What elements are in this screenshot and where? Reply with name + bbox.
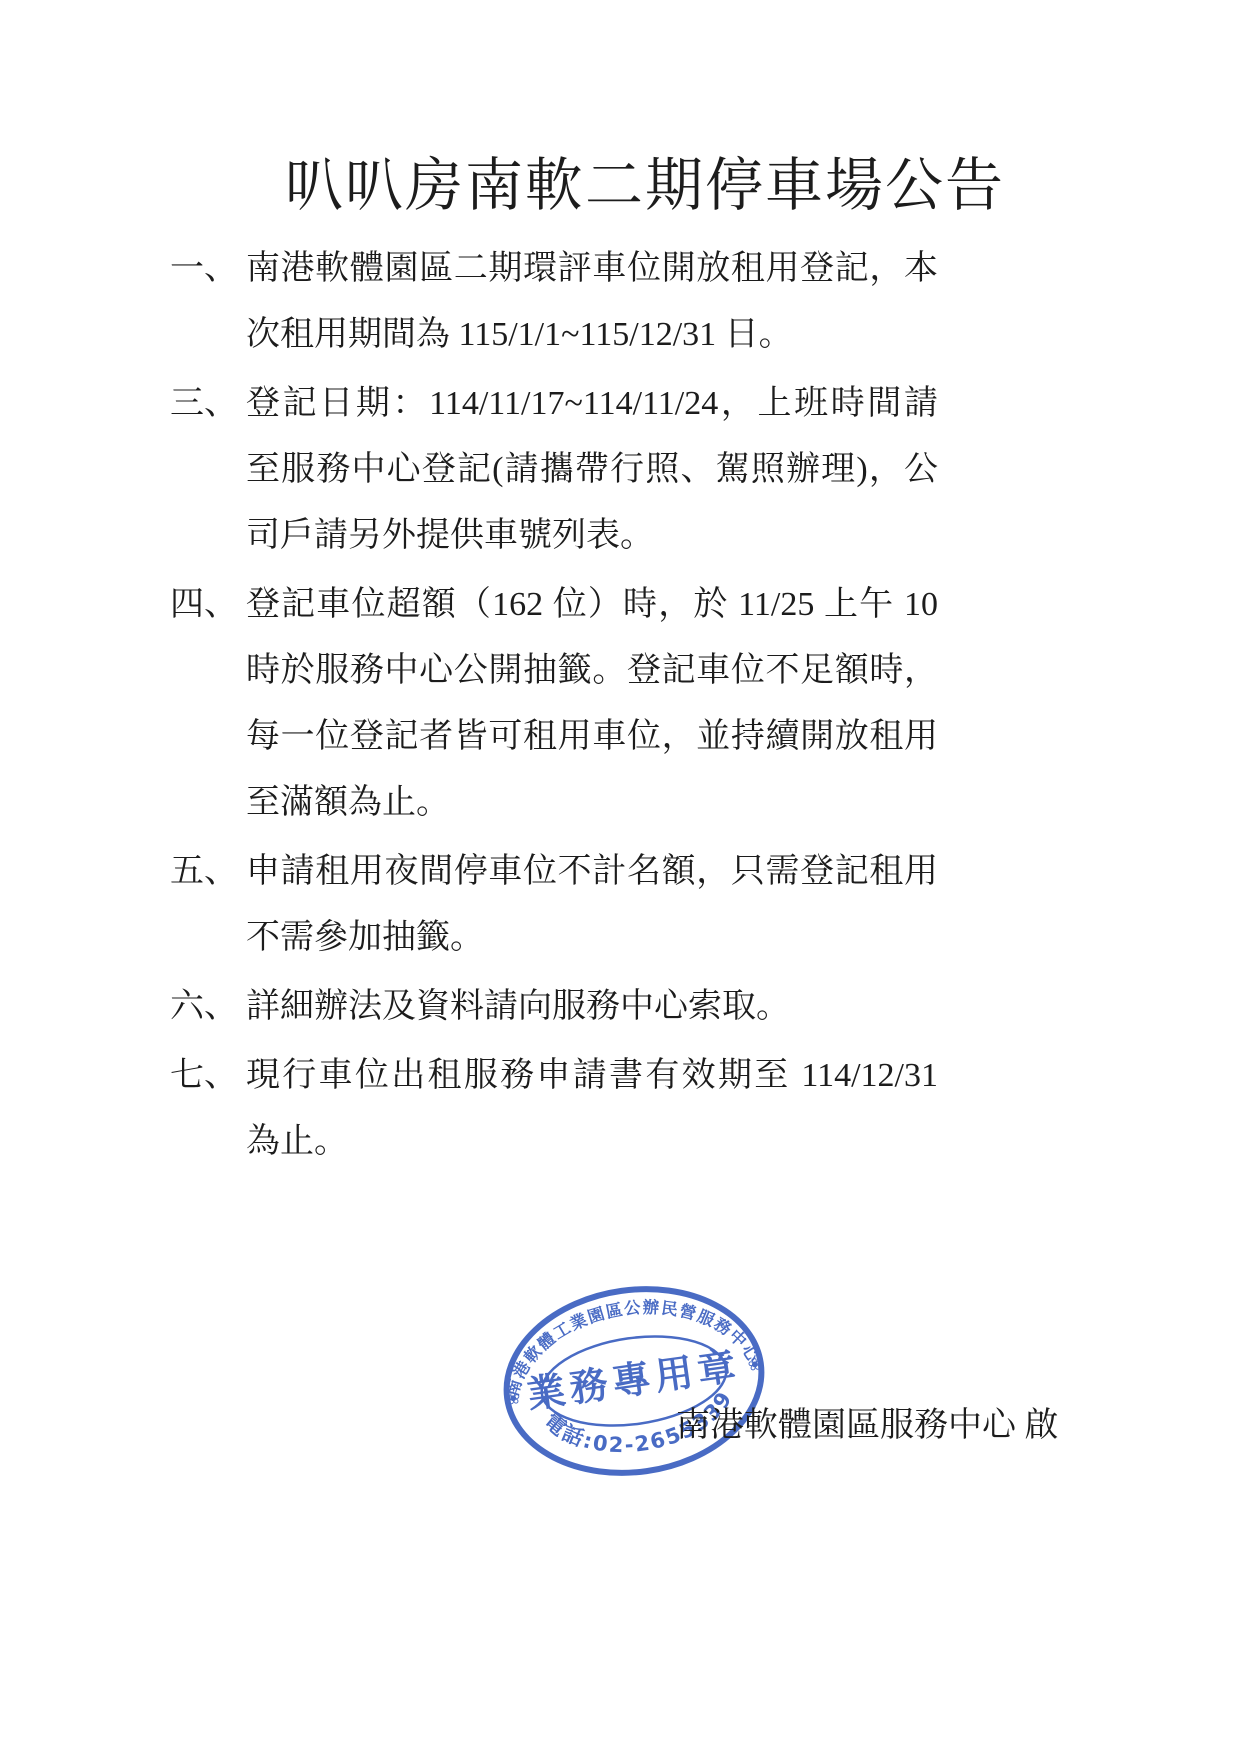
list-item: 三、 登記日期：114/11/17~114/11/24，上班時間請至服務中心登記… <box>170 371 938 569</box>
item-text: 登記車位超額（162 位）時，於 11/25 上午 10 時於服務中心公開抽籤。… <box>246 572 938 836</box>
official-stamp: 南港軟體工業園區公辦民營服務中心 業務專用章 電話:02-2655339 ❀ ❀ <box>486 1264 783 1498</box>
item-text: 申請租用夜間停車位不計名額，只需登記租用不需參加抽籤。 <box>246 839 938 971</box>
page-title: 叭叭房南軟二期停車場公告 <box>0 0 1240 222</box>
stamp-seal-graphic: 南港軟體工業園區公辦民營服務中心 業務專用章 電話:02-2655339 ❀ ❀ <box>486 1264 783 1498</box>
list-item: 一、 南港軟體園區二期環評車位開放租用登記，本次租用期間為 115/1/1~11… <box>170 236 938 368</box>
item-number: 一、 <box>170 236 246 368</box>
signature-line: 南港軟體園區服務中心 啟 <box>676 1404 1059 1448</box>
list-item: 六、 詳細辦法及資料請向服務中心索取。 <box>170 974 938 1040</box>
item-number: 六、 <box>170 974 246 1040</box>
item-text: 登記日期：114/11/17~114/11/24，上班時間請至服務中心登記(請攜… <box>246 371 938 569</box>
flower-icon: ❀ <box>747 1354 764 1375</box>
item-text: 詳細辦法及資料請向服務中心索取。 <box>246 974 938 1040</box>
document-page: 叭叭房南軟二期停車場公告 一、 南港軟體園區二期環評車位開放租用登記，本次租用期… <box>0 0 1240 1754</box>
list-item: 四、 登記車位超額（162 位）時，於 11/25 上午 10 時於服務中心公開… <box>170 572 938 836</box>
item-number: 三、 <box>170 371 246 569</box>
item-number: 五、 <box>170 839 246 971</box>
item-number: 四、 <box>170 572 246 836</box>
announcement-list: 一、 南港軟體園區二期環評車位開放租用登記，本次租用期間為 115/1/1~11… <box>170 236 938 1178</box>
item-text: 南港軟體園區二期環評車位開放租用登記，本次租用期間為 115/1/1~115/1… <box>246 236 938 368</box>
list-item: 七、 現行車位出租服務申請書有效期至 114/12/31 為止。 <box>170 1043 938 1175</box>
list-item: 五、 申請租用夜間停車位不計名額，只需登記租用不需參加抽籤。 <box>170 839 938 971</box>
item-number: 七、 <box>170 1043 246 1175</box>
item-text: 現行車位出租服務申請書有效期至 114/12/31 為止。 <box>246 1043 938 1175</box>
flower-icon: ❀ <box>505 1388 522 1409</box>
